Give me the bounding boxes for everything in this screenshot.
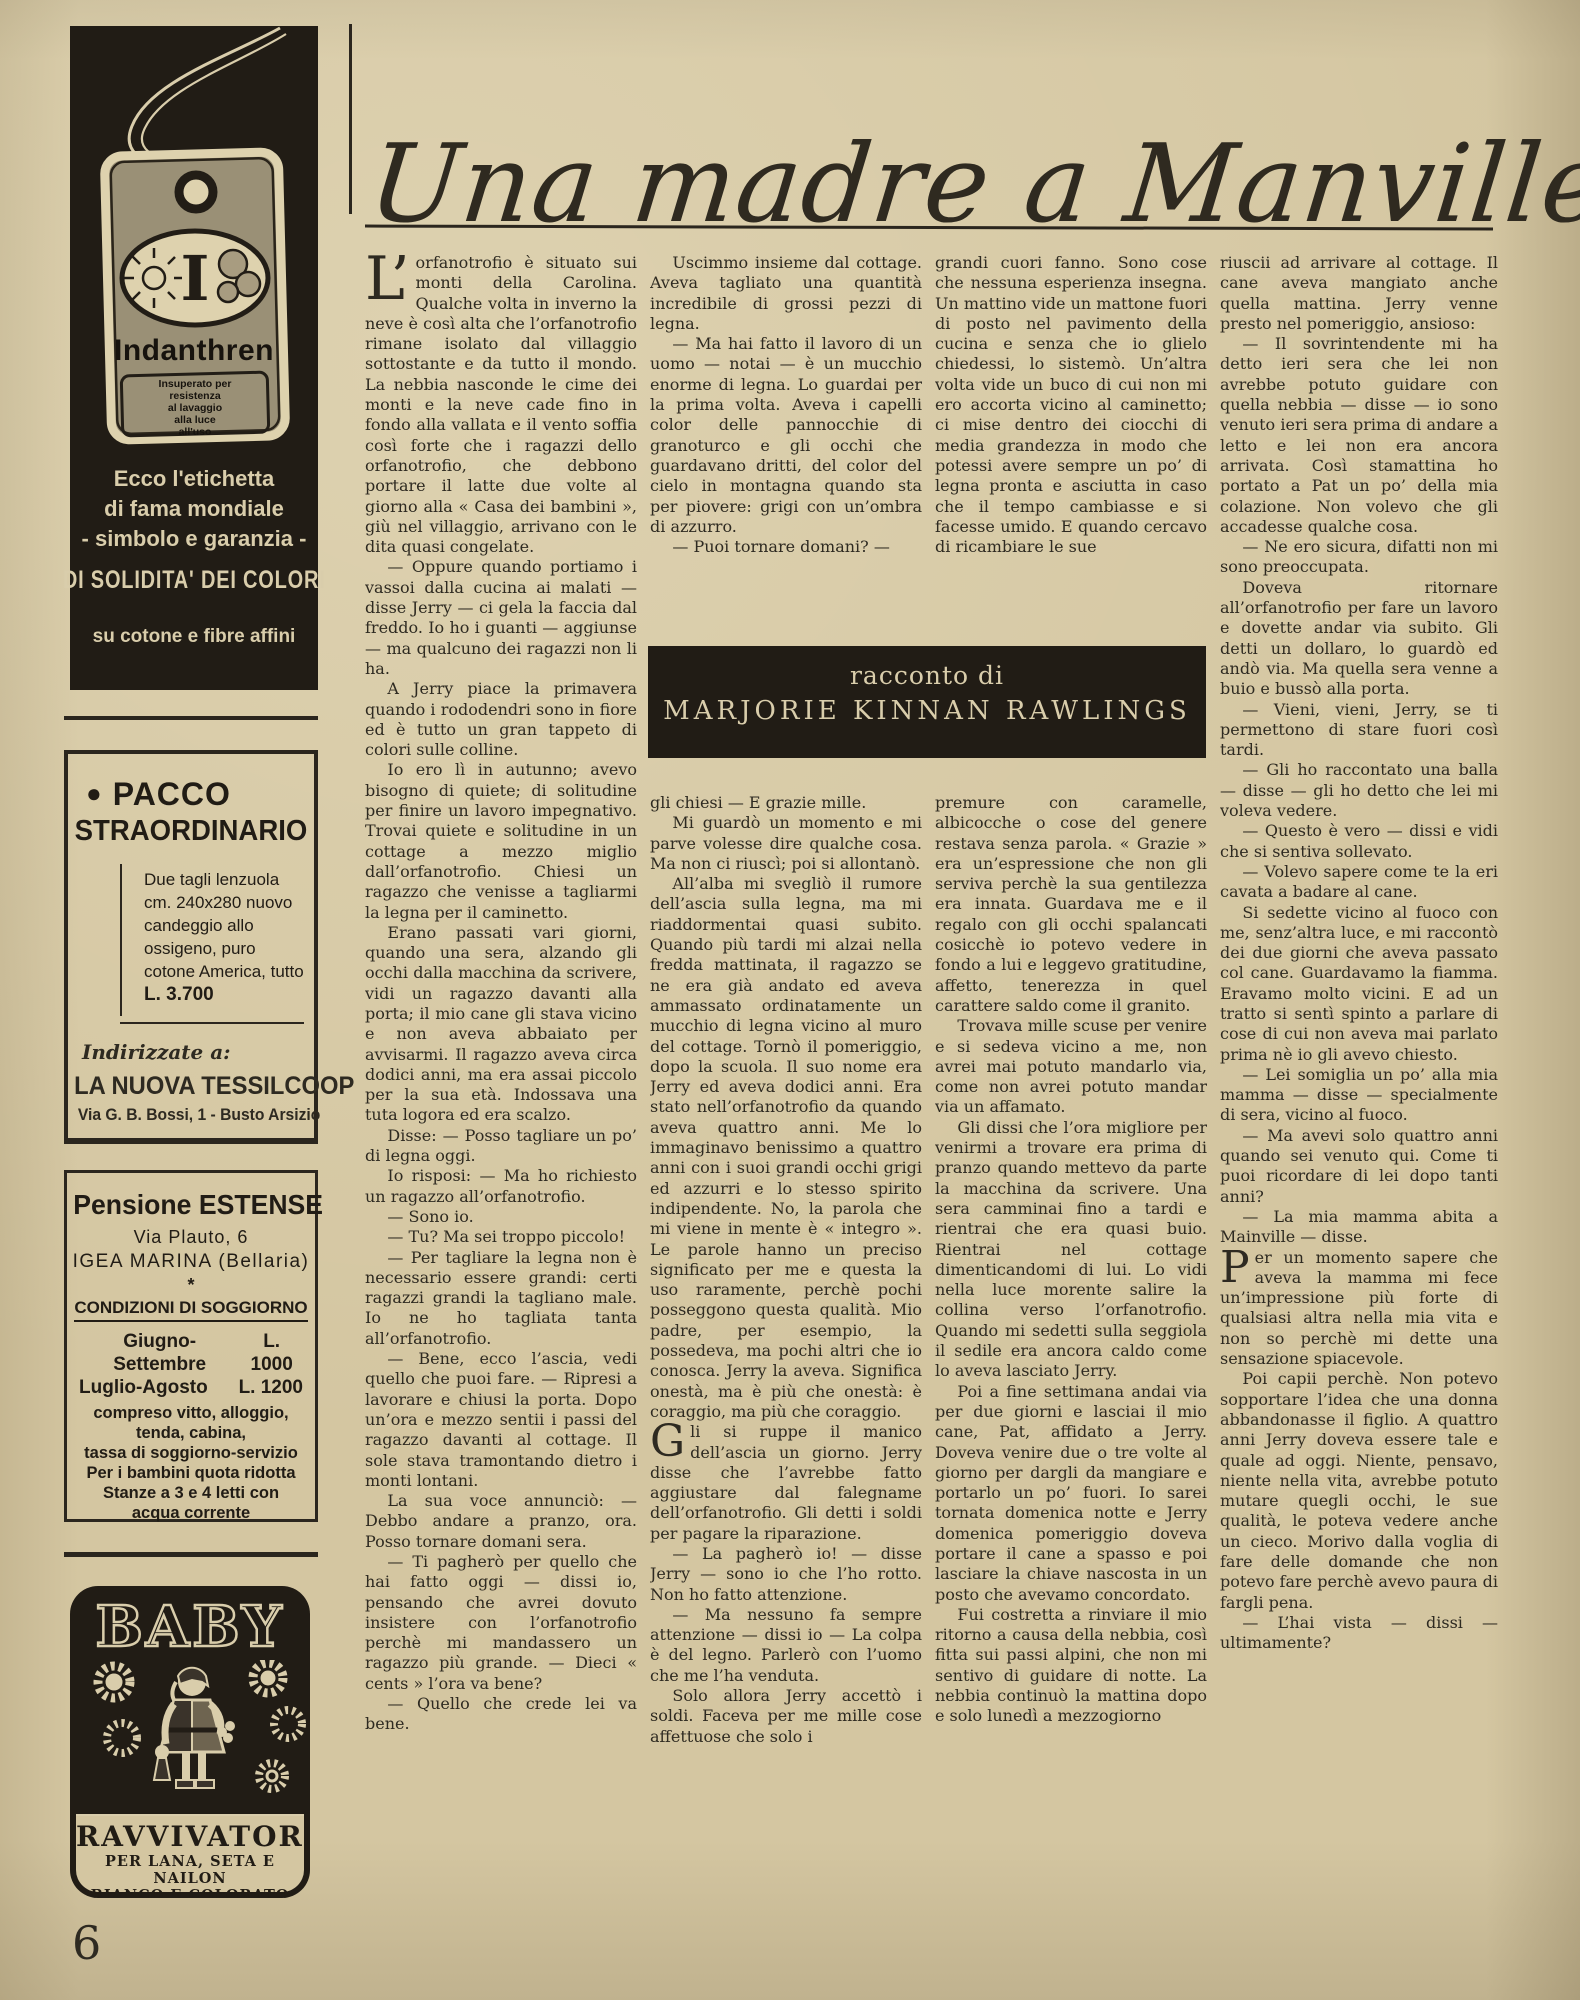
pensione-detail-line: Per i bambini quota ridotta (75, 1463, 307, 1483)
baby-product: RAVVIVATORE (76, 1820, 304, 1853)
indanthren-caption: Ecco l'etichettadi fama mondiale- simbol… (70, 464, 318, 554)
story-paragraph: Disse: — Posso tagliare un po’ di legna … (365, 1126, 637, 1167)
tag-line: al lavaggio (122, 402, 268, 414)
text-column-3-top: grandi cuori fanno. Sono cose che nessun… (935, 253, 1207, 643)
doll (154, 1745, 170, 1780)
pacco-body: Due tagli lenzuola cm. 240x280 nuovo can… (120, 864, 304, 1016)
story-paragraph: Io risposi: — Ma ho richiesto un ragazzo… (365, 1166, 637, 1207)
list-item: Luglio-AgostoL. 1200 (79, 1376, 303, 1399)
story-paragraph: Trovava mille scuse per venire e si sede… (935, 1016, 1207, 1117)
tag-line: resistenza (122, 390, 268, 402)
story-paragraph: Fui costretta a rinviare il mio ritorno … (935, 1605, 1207, 1727)
ad-baby-ravvivatore: BABY (70, 1586, 310, 1898)
story-paragraph: — Ma avevi solo quattro anni quando sei … (1220, 1126, 1498, 1207)
pensione-details: compreso vitto, alloggio,tenda, cabina,t… (75, 1403, 307, 1523)
story-paragraph: — Vieni, vieni, Jerry, se ti permettono … (1220, 700, 1498, 761)
baby-line-1: PER LANA, SETA E NAILON (76, 1853, 304, 1887)
story-paragraph: — Puoi tornare domani? — (650, 537, 922, 557)
baby-text-band: RAVVIVATORE PER LANA, SETA E NAILON BIAN… (76, 1814, 304, 1892)
story-paragraph: premure con caramelle, albicocche o cose… (935, 793, 1207, 1016)
logo-letter: I (180, 242, 209, 315)
drop-cap: L’ (365, 253, 416, 304)
story-paragraph: — Quello che crede lei va bene. (365, 1694, 637, 1735)
pacco-address: Via G. B. Bossi, 1 - Busto Arsizio (78, 1105, 304, 1125)
text-column-2-bottom: gli chiesi — E grazie mille.Mi guardò un… (650, 793, 922, 1993)
pacco-title-2: STRAORDINARIO (74, 815, 308, 848)
story-paragraph: Io ero lì in autunno; avevo bisogno di q… (365, 760, 637, 922)
caption-line: Ecco l'etichetta (70, 464, 318, 494)
story-paragraph: Gli dissi che l’ora migliore per venirmi… (935, 1118, 1207, 1382)
story-paragraph: — La pagherò io! — disse Jerry — sono io… (650, 1544, 922, 1605)
text-column-4: riuscii ad arrivare al cottage. Il cane … (1220, 253, 1498, 1993)
pacco-title: ●PACCO (86, 776, 314, 813)
story-paragraph: — Oppure quando portiamo i vassoi dalla … (365, 557, 637, 679)
indanthren-footer: su cotone e fibre affini (70, 626, 318, 648)
pensione-city: IGEA MARINA (Bellaria) (67, 1251, 315, 1273)
text-column-2-top: Uscimmo insieme dal cottage. Aveva tagli… (650, 253, 922, 645)
story-paragraph: Poi capii perchè. Non potevo sopportare … (1220, 1369, 1498, 1613)
ad-pensione-estense: Pensione ESTENSE Via Plauto, 6 IGEA MARI… (64, 1170, 318, 1522)
story-paragraph: — Volevo sapere come te la eri cavata a … (1220, 862, 1498, 903)
story-paragraph: La sua voce annunciò: — Debbo andare a p… (365, 1491, 637, 1552)
tag-hole (179, 175, 213, 209)
tag-line: alla luce (122, 414, 268, 426)
story-paragraph: Uscimmo insieme dal cottage. Aveva tagli… (650, 253, 922, 334)
pacco-title-text: PACCO (113, 776, 231, 812)
story-paragraph: — Ma nessuno fa sempre attenzione — diss… (650, 1605, 922, 1686)
pensione-detail-line: tassa di soggiorno-servizio (75, 1443, 307, 1463)
indanthren-brand: Indanthren (70, 334, 318, 368)
story-paragraph: — Lei somiglia un po’ alla mia mamma — d… (1220, 1065, 1498, 1126)
sidebar-divider (64, 1552, 318, 1557)
story-paragraph: — L’hai vista — dissi — ultimamente? (1220, 1613, 1498, 1654)
text-column-3-bottom: premure con caramelle, albicocche o cose… (935, 793, 1207, 1993)
pacco-price: L. 3.700 (144, 984, 214, 1005)
sidebar-divider (64, 1140, 318, 1144)
article-title: Una madre a Manville (361, 100, 1534, 270)
story-paragraph: — Bene, ecco l’ascia, vedi quello che pu… (365, 1349, 637, 1491)
pacco-underline (120, 1022, 304, 1024)
drop-cap: G (650, 1422, 690, 1460)
sidebar-divider (64, 716, 318, 720)
caption-line: - simbolo e garanzia - (70, 524, 318, 554)
baby-brand: BABY (70, 1594, 310, 1660)
list-item: Giugno-SettembreL. 1000 (79, 1330, 303, 1376)
caption-line: di fama mondiale (70, 494, 318, 524)
story-paragraph: Gli si ruppe il manico dell’ascia un gio… (650, 1422, 922, 1544)
pacco-address-label: Indirizzate a: (82, 1040, 314, 1064)
story-paragraph: Erano passati vari giorni, quando una se… (365, 923, 637, 1126)
pacco-company: LA NUOVA TESSILCOOP (74, 1072, 308, 1101)
pensione-detail-line: acqua corrente (75, 1503, 307, 1523)
story-paragraph: Solo allora Jerry accettò i soldi. Facev… (650, 1686, 922, 1747)
star-icon: * (67, 1275, 315, 1296)
indanthren-tag-lines: Insuperato perresistenzaal lavaggioalla … (122, 378, 268, 438)
story-paragraph: Mi guardò un momento e mi parve volesse … (650, 813, 922, 874)
text-column-1: L’orfanotrofio è situato sui monti della… (365, 253, 637, 1993)
story-paragraph: — Per tagliare la legna non è necessario… (365, 1248, 637, 1349)
story-paragraph: A Jerry piace la primavera quando i rodo… (365, 679, 637, 760)
claim-text: DI SOLIDITA' DEI COLORI (63, 566, 326, 595)
story-paragraph: gli chiesi — E grazie mille. (650, 793, 922, 813)
pensione-detail-line: Stanze a 3 e 4 letti con (75, 1483, 307, 1503)
story-paragraph: — Ti pagherò per quello che hai fatto og… (365, 1552, 637, 1694)
pensione-detail-line: tenda, cabina, (75, 1423, 307, 1443)
story-paragraph: — La mia mamma abita a Mainville — disse… (1220, 1207, 1498, 1248)
story-paragraph: — Il sovrintendente mi ha detto ieri ser… (1220, 334, 1498, 537)
story-paragraph: Si sedette vicino al fuoco con me, senz’… (1220, 903, 1498, 1065)
tag-line: all'uso (122, 426, 268, 438)
byline-box: racconto di MARJORIE KINNAN RAWLINGS (648, 646, 1206, 758)
story-paragraph: L’orfanotrofio è situato sui monti della… (365, 253, 637, 557)
pensione-price-rows: Giugno-SettembreL. 1000Luglio-AgostoL. 1… (79, 1330, 303, 1399)
tag-line: Insuperato per (122, 378, 268, 390)
pensione-conditions-title: CONDIZIONI DI SOGGIORNO (74, 1298, 307, 1322)
story-paragraph: riuscii ad arrivare al cottage. Il cane … (1220, 253, 1498, 334)
indanthren-claim: DI SOLIDITA' DEI COLORI (70, 566, 318, 595)
story-paragraph: — Sono io. (365, 1207, 637, 1227)
byline-label: racconto di (648, 661, 1206, 690)
pensione-name: Pensione ESTENSE (73, 1189, 309, 1221)
pensione-detail-line: compreso vitto, alloggio, (75, 1403, 307, 1423)
story-paragraph: — Ne ero sicura, difatti non mi sono pre… (1220, 537, 1498, 578)
author-name: MARJORIE KINNAN RAWLINGS (648, 696, 1206, 726)
baby-line-2: BIANCO E COLORATO (76, 1887, 304, 1898)
girl-figure (154, 1668, 235, 1788)
baby-girl-illustration (70, 1660, 310, 1810)
story-paragraph: Per un momento sapere che aveva la mamma… (1220, 1248, 1498, 1370)
story-paragraph: — Tu? Ma sei troppo piccolo! (365, 1227, 637, 1247)
story-paragraph: All’alba mi svegliò il rumore dell’ascia… (650, 874, 922, 1422)
pacco-body-text: Due tagli lenzuola cm. 240x280 nuovo can… (144, 870, 304, 981)
bullet-icon: ● (86, 778, 103, 808)
story-paragraph: Poi a fine settimana andai via per due g… (935, 1382, 1207, 1605)
magazine-page: I Indanthren Insuperato perresistenzaal … (0, 0, 1580, 2000)
story-paragraph: — Gli ho raccontato una balla — disse — … (1220, 760, 1498, 821)
drop-cap: P (1220, 1248, 1255, 1286)
story-paragraph: grandi cuori fanno. Sono cose che nessun… (935, 253, 1207, 557)
story-paragraph: — Ma hai fatto il lavoro di un uomo — no… (650, 334, 922, 537)
pensione-street: Via Plauto, 6 (67, 1227, 315, 1248)
ad-indanthren: I Indanthren Insuperato perresistenzaal … (70, 26, 318, 690)
title-left-rule (349, 24, 352, 214)
page-number: 6 (72, 1916, 101, 1970)
story-paragraph: Doveva ritornare all’orfanotrofio per fa… (1220, 578, 1498, 700)
ad-pacco-straordinario: ●PACCO STRAORDINARIO Due tagli lenzuola … (64, 750, 318, 1142)
story-paragraph: — Questo è vero — dissi e vidi che si se… (1220, 821, 1498, 862)
